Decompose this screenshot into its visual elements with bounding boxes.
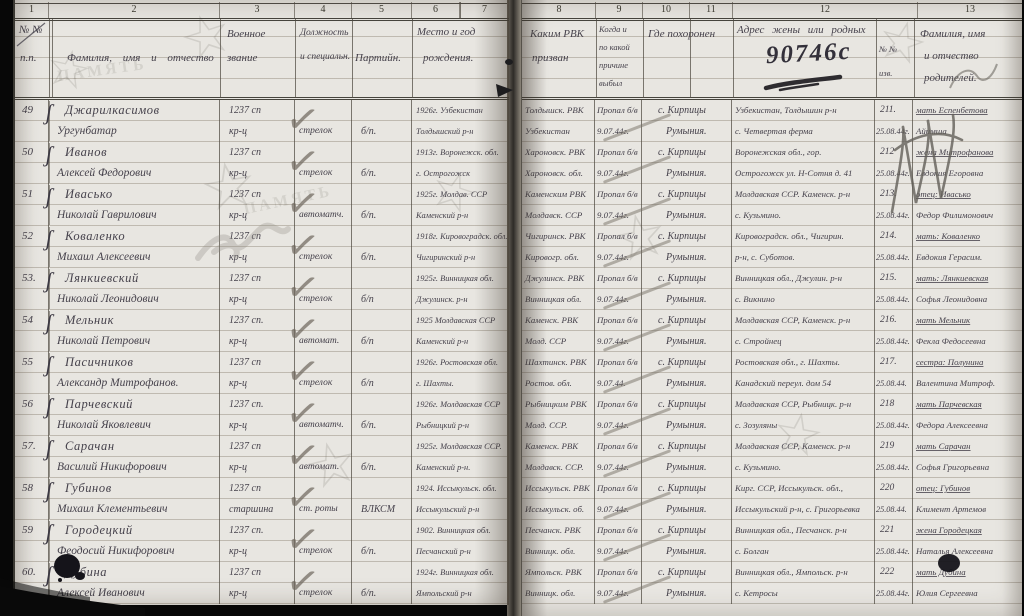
relative-name-2: Климент Артемов: [913, 499, 1021, 520]
column-number: 4: [295, 2, 352, 19]
unit: 1237 сп.: [220, 520, 294, 541]
notice-date: 25.08.44г.: [875, 541, 912, 562]
register-row-left: 60. ʃ Дубина Алексей Иванович 1237 сп кр…: [15, 562, 509, 604]
column-line: [295, 19, 296, 98]
party-affiliation: б/п.: [352, 247, 411, 268]
unit: 1237 сп: [220, 142, 294, 163]
party-cell: б/п: [352, 310, 412, 352]
casualty-cell: Пропал б/в 9.07.44г.: [595, 184, 642, 226]
margin-flourish: ʃ: [46, 394, 52, 420]
entry-number-cell: 53. ʃ: [15, 268, 49, 310]
casualty-date: 9.07.44г.: [595, 247, 641, 268]
relatives-address-1: Винницкая обл., Ямпольск. р-н: [732, 562, 874, 583]
casualty-status: Пропал б/в: [595, 562, 641, 583]
relatives-address-1: Кирг. ССР, Иссыкульск. обл.,: [732, 478, 874, 499]
full-name-cell: Пасичников Александр Митрофанов.: [49, 352, 220, 394]
drafting-rvk: Джулинск. РВК: [522, 268, 594, 289]
party-cell: ВЛКСМ: [352, 478, 412, 520]
party-cell: б/п: [352, 268, 412, 310]
birth-cell: 1913г. Воронежск. обл. г. Острогожск: [412, 142, 509, 184]
header-parents-1: Фамилия, имя: [920, 28, 985, 40]
rvk-region: Хароновск. обл.: [522, 163, 594, 184]
left-entries: 49 ʃ Джарилкасимов Ургунбатар 1237 сп кр…: [15, 100, 509, 604]
scanned-register-spread: 1 2 3 4 5 6 7 № № п.п. Фамилия, имя и от…: [0, 0, 1024, 616]
relative-name-2: Евдокия Герасим.: [913, 247, 1021, 268]
casualty-date: 9.07.44г.: [595, 499, 641, 520]
rank-cell: 1237 сп кр-ц ✓: [220, 268, 295, 310]
margin-flourish: ʃ: [46, 478, 52, 504]
register-row-right: Иссыкульск. РВК Иссыкульск. об. Пропал б…: [522, 478, 1022, 520]
register-row-right: Ямпольск. РВК Винницк. обл. Пропал б/в 9…: [522, 562, 1022, 604]
birth-cell: 1926г. Узбекистан Толдышский р-н: [412, 100, 509, 142]
casualty-status: Пропал б/в: [595, 268, 641, 289]
relatives-address-2: с. Болган: [732, 541, 874, 562]
relatives-address-2: с. Четвертая ферма: [732, 121, 874, 142]
birth-year-place: 1926г. Ростовская обл.: [412, 352, 509, 373]
double-rule: [522, 18, 1022, 19]
surname: Мельник: [49, 310, 219, 331]
header-entry-number-2: п.п.: [20, 52, 37, 64]
entry-number: 54: [15, 310, 48, 331]
register-row-right: Джулинск. РВК Винницкая обл. Пропал б/в …: [522, 268, 1022, 310]
relative-name-cell: мать Дубина Юлия Сергеевна: [913, 562, 1021, 604]
relative-name-2: Федора Алексеевна: [913, 415, 1021, 436]
column-number: 7: [460, 2, 509, 19]
notice-cell: 218 25.08.44г.: [875, 394, 913, 436]
party-affiliation: б/п.: [352, 163, 411, 184]
notice-number: 211.: [875, 100, 912, 121]
header-party: Партийн.: [355, 52, 401, 64]
column-number: 1: [15, 2, 49, 19]
double-rule: [15, 18, 509, 19]
casualty-cell: Пропал б/в 9.07.44г.: [595, 142, 642, 184]
register-row-left: 57. ʃ Сарачан Василий Никифорович 1237 с…: [15, 436, 509, 478]
column-number: 10: [643, 2, 690, 19]
party-affiliation: б/п.: [352, 121, 411, 142]
relatives-address-1: Молдавская ССР, Каменск. р-н: [732, 310, 874, 331]
relatives-address-2: р-н, с. Суботов.: [732, 247, 874, 268]
birth-year-place: 1926г. Молдавская ССР: [412, 394, 509, 415]
birth-district: г. Шахты.: [412, 373, 509, 394]
header-rvk-1: Каким РВК: [530, 28, 584, 40]
birth-year-place: 1902. Винницкая обл.: [412, 520, 509, 541]
register-row-left: 58 ʃ Губинов Михаил Клементьевич 1237 сп…: [15, 478, 509, 520]
relative-name-1: отец: Ивасько: [913, 184, 1021, 205]
rank-cell: 1237 сп кр-ц ✓: [220, 352, 295, 394]
burial-country: Румыния.: [642, 457, 731, 478]
given-name-patronymic: Алексей Федорович: [49, 163, 219, 184]
column-line: [352, 19, 353, 98]
burial-country: Румыния.: [642, 583, 731, 604]
relative-name-cell: жена Митрофанова Евдокия Егоровна: [913, 142, 1021, 184]
register-row-right: Шахтинск. РВК Ростов. обл. Пропал б/в 9.…: [522, 352, 1022, 394]
given-name-patronymic: Алексей Иванович: [49, 583, 219, 604]
given-name-patronymic: Николай Леонидович: [49, 289, 219, 310]
casualty-status: Пропал б/в: [595, 226, 641, 247]
burial-country: Румыния.: [642, 205, 731, 226]
casualty-cell: Пропал б/в 9.07.44г.: [595, 478, 642, 520]
relatives-address-2: с. Кетросы: [732, 583, 874, 604]
party-affiliation: б/п.: [352, 457, 411, 478]
margin-flourish: ʃ: [46, 562, 52, 588]
rank-cell: 1237 сп. кр-ц ✓: [220, 520, 295, 562]
relatives-address-2: Иссыкульский р-н, с. Григорьевка: [732, 499, 874, 520]
full-name-cell: Ивасько Николай Гаврилович: [49, 184, 220, 226]
relative-name-2: Валентина Митроф.: [913, 373, 1021, 394]
birth-district: Каменский р-н: [412, 205, 509, 226]
column-line: [690, 19, 691, 98]
full-name-cell: Сарачан Василий Никифорович: [49, 436, 220, 478]
birth-year-place: 1924. Иссыкульск. обл.: [412, 478, 509, 499]
header-military-rank-2: звание: [227, 52, 257, 64]
relative-name-cell: мать Сарачан Софья Григорьевна: [913, 436, 1021, 478]
register-row-right: Каменск. РВК Молд. ССР Пропал б/в 9.07.4…: [522, 310, 1022, 352]
notice-number: 216.: [875, 310, 912, 331]
relative-name-1: сестра: Полунина: [913, 352, 1021, 373]
birth-cell: 1925г. Винницкая обл. Джулинск. р-н: [412, 268, 509, 310]
column-line: [914, 19, 915, 98]
column-number: 11: [690, 2, 733, 19]
relatives-address-cell: Кирг. ССР, Иссыкульск. обл., Иссыкульски…: [732, 478, 875, 520]
relatives-address-1: Молдавская ССР. Каменск. р-н: [732, 184, 874, 205]
unit: 1237 сп: [220, 226, 294, 247]
margin-flourish: ʃ: [46, 352, 52, 378]
notice-cell: 212 25.08.44г.: [875, 142, 913, 184]
header-full-name: Фамилия, имя и отчество: [67, 52, 214, 64]
notice-date: 25.08.44.: [875, 373, 912, 394]
register-row-left: 49 ʃ Джарилкасимов Ургунбатар 1237 сп кр…: [15, 100, 509, 142]
column-number: 5: [352, 2, 412, 19]
rvk-region: Молдавск. ССР.: [522, 457, 594, 478]
party-affiliation: ВЛКСМ: [352, 499, 411, 520]
margin-flourish: ʃ: [46, 226, 52, 252]
rank-cell: 1237 сп кр-ц ✓: [220, 184, 295, 226]
drafted-by-cell: Шахтинск. РВК Ростов. обл.: [522, 352, 595, 394]
header-notice-number-1: № №: [879, 44, 897, 54]
casualty-cell: Пропал б/в 9.07.44г.: [595, 226, 642, 268]
relative-name-cell: мать: Коваленко Евдокия Герасим.: [913, 226, 1021, 268]
relatives-address-1: Винницкая обл., Песчанск. р-н: [732, 520, 874, 541]
party-affiliation: б/п: [352, 289, 411, 310]
relatives-address-cell: Винницкая обл., Песчанск. р-н с. Болган: [732, 520, 875, 562]
relative-name-1: мать Мельник: [913, 310, 1021, 331]
relatives-address-1: Ростовская обл., г. Шахты.: [732, 352, 874, 373]
full-name-cell: Коваленко Михаил Алексеевич: [49, 226, 220, 268]
notice-date: 25.08.44.: [875, 499, 912, 520]
notice-cell: 215. 25.08.44г.: [875, 268, 913, 310]
drafting-rvk: Шахтинск. РВК: [522, 352, 594, 373]
relatives-address-cell: Молдавская ССР. Каменск. р-н с. Кузьмино…: [732, 184, 875, 226]
header-duty-2: и специальн.: [300, 52, 350, 62]
casualty-cell: Пропал б/в 9.07.44.: [595, 352, 642, 394]
relative-name-1: жена Митрофанова: [913, 142, 1021, 163]
column-line: [643, 19, 644, 98]
relatives-address-cell: Винницкая обл., Джулин. р-н с. Викнино: [732, 268, 875, 310]
birth-year-place: 1926г. Узбекистан: [412, 100, 509, 121]
surname: Городецкий: [49, 520, 219, 541]
rvk-region: Винницкая обл.: [522, 289, 594, 310]
rvk-region: Кировогр. обл.: [522, 247, 594, 268]
full-name-cell: Джарилкасимов Ургунбатар: [49, 100, 220, 142]
column-line: [733, 19, 734, 98]
unit: 1237 сп: [220, 352, 294, 373]
entry-number: 57.: [15, 436, 48, 457]
relative-name-cell: мать Парчевская Федора Алексеевна: [913, 394, 1021, 436]
notice-date: 25.08.44г.: [875, 247, 912, 268]
relative-name-cell: жена Городецкая Наталья Алексеевна: [913, 520, 1021, 562]
relative-name-1: мать: Лянкиевская: [913, 268, 1021, 289]
column-line: [596, 19, 597, 98]
given-name-patronymic: Ургунбатар: [49, 121, 219, 142]
unit: 1237 сп.: [220, 394, 294, 415]
entry-number: 50: [15, 142, 48, 163]
rvk-region: Молд. ССР: [522, 331, 594, 352]
relatives-address-1: Воронежская обл., гор.: [732, 142, 874, 163]
entry-number: 60.: [15, 562, 48, 583]
header-birth-1: Место и год: [417, 26, 475, 38]
book-fold: [507, 0, 521, 616]
drafted-by-cell: Каменск. РВК Молд. ССР: [522, 310, 595, 352]
margin-flourish: ʃ: [46, 184, 52, 210]
entry-number: 56: [15, 394, 48, 415]
surname: Джарилкасимов: [49, 100, 219, 121]
relatives-address-2: Канадский переул. дом 54: [732, 373, 874, 394]
header-lost-2: по какой: [599, 42, 630, 52]
casualty-status: Пропал б/в: [595, 184, 641, 205]
rvk-region: Ростов. обл.: [522, 373, 594, 394]
margin-flourish: ʃ: [46, 520, 52, 546]
birth-cell: 1925 Молдавская ССР Каменский р-н: [412, 310, 509, 352]
notice-number: 221: [875, 520, 912, 541]
relative-name-2: Юлия Сергеевна: [913, 583, 1021, 604]
surname: Губинов: [49, 478, 219, 499]
column-line: [220, 19, 221, 98]
birth-year-place: 1925г. Молдав. ССР: [412, 184, 509, 205]
burial-country: Румыния.: [642, 541, 731, 562]
margin-flourish: ʃ: [46, 436, 52, 462]
unit: 1237 сп.: [220, 310, 294, 331]
rank-cell: 1237 сп. кр-ц ✓: [220, 310, 295, 352]
given-name-patronymic: Николай Петрович: [49, 331, 219, 352]
given-name-patronymic: Феодосий Никифорович: [49, 541, 219, 562]
register-row-right: Каменск. РВК Молдавск. ССР. Пропал б/в 9…: [522, 436, 1022, 478]
party-affiliation: б/п.: [352, 415, 411, 436]
drafting-rvk: Чигиринск. РВК: [522, 226, 594, 247]
entry-number: 51: [15, 184, 48, 205]
rank-cell: 1237 сп кр-ц ✓: [220, 436, 295, 478]
given-name-patronymic: Николай Гаврилович: [49, 205, 219, 226]
header-lost-4: выбыл: [599, 78, 622, 88]
entry-number-cell: 51 ʃ: [15, 184, 49, 226]
relative-name-1: жена Городецкая: [913, 520, 1021, 541]
relatives-address-cell: Молдавская ССР, Каменск. р-н с. Стройнец: [732, 310, 875, 352]
column-number: 3: [220, 2, 295, 19]
relative-name-cell: отец: Ивасько Федор Филимонович: [913, 184, 1021, 226]
surname: Дубина: [49, 562, 219, 583]
casualty-date: 9.07.44г.: [595, 541, 641, 562]
surname: Сарачан: [49, 436, 219, 457]
rvk-region: Винницк. обл.: [522, 541, 594, 562]
party-cell: б/п.: [352, 562, 412, 604]
birth-district: Джулинск. р-н: [412, 289, 509, 310]
relative-name-1: мать: Коваленко: [913, 226, 1021, 247]
birth-cell: 1926г. Молдавская ССР Рыбницкий р-н: [412, 394, 509, 436]
notice-date: 25.08.44г.: [875, 163, 912, 184]
burial-country: Румыния.: [642, 163, 731, 184]
header-notice-number-2: изв.: [879, 68, 892, 78]
column-number: 9: [596, 2, 643, 19]
casualty-date: 9.07.44г.: [595, 121, 641, 142]
register-row-right: Песчанск. РВК Винницк. обл. Пропал б/в 9…: [522, 520, 1022, 562]
notice-number: 220: [875, 478, 912, 499]
drafting-rvk: Каменск. РВК: [522, 436, 594, 457]
casualty-status: Пропал б/в: [595, 352, 641, 373]
party-cell: б/п.: [352, 184, 412, 226]
notice-number: 212: [875, 142, 912, 163]
relatives-address-2: с. Кузьмино.: [732, 457, 874, 478]
notice-date: 25.08.44г.: [875, 205, 912, 226]
drafted-by-cell: Каменским РВК Молдавск. ССР: [522, 184, 595, 226]
entry-number: 55: [15, 352, 48, 373]
relative-name-2: Фекла Федосеевна: [913, 331, 1021, 352]
header-duty-1: Должность: [300, 28, 348, 38]
casualty-cell: Пропал б/в 9.07.44г.: [595, 310, 642, 352]
register-row-left: 55 ʃ Пасичников Александр Митрофанов. 12…: [15, 352, 509, 394]
rank-cell: 1237 сп кр-ц ✓: [220, 142, 295, 184]
drafting-rvk: Песчанск. РВК: [522, 520, 594, 541]
birth-district: Каменский р-н: [412, 331, 509, 352]
party-affiliation: б/п: [352, 373, 411, 394]
relatives-address-cell: Молдавская ССР, Каменск. р-н с. Кузьмино…: [732, 436, 875, 478]
casualty-cell: Пропал б/в 9.07.44г.: [595, 394, 642, 436]
drafted-by-cell: Песчанск. РВК Винницк. обл.: [522, 520, 595, 562]
entry-number-cell: 52 ʃ: [15, 226, 49, 268]
entry-number-cell: 58 ʃ: [15, 478, 49, 520]
notice-date: 25.08.44г.: [875, 583, 912, 604]
column-number: 8: [523, 2, 596, 19]
right-entries: Толдышск. РВК Узбекистан Пропал б/в 9.07…: [522, 100, 1022, 604]
rank-cell: 1237 сп старшина ✓: [220, 478, 295, 520]
birth-cell: 1926г. Ростовская обл. г. Шахты.: [412, 352, 509, 394]
entry-number-cell: 56 ʃ: [15, 394, 49, 436]
column-number: 2: [49, 2, 220, 19]
rank-cell: 1237 сп кр-ц ✓: [220, 100, 295, 142]
relatives-address-2: с. Кузьмино.: [732, 205, 874, 226]
drafting-rvk: Толдышск. РВК: [522, 100, 594, 121]
birth-district: г. Острогожск: [412, 163, 509, 184]
notice-cell: 217. 25.08.44.: [875, 352, 913, 394]
double-rule: [522, 97, 1022, 98]
casualty-status: Пропал б/в: [595, 436, 641, 457]
entry-number-cell: 49 ʃ: [15, 100, 49, 142]
surname: Парчевский: [49, 394, 219, 415]
casualty-date: 9.07.44г.: [595, 457, 641, 478]
column-line: [460, 2, 461, 19]
register-row-left: 59 ʃ Городецкий Феодосий Никифорович 123…: [15, 520, 509, 562]
drafting-rvk: Каменск. РВК: [522, 310, 594, 331]
relative-name-cell: сестра: Полунина Валентина Митроф.: [913, 352, 1021, 394]
register-row-left: 50 ʃ Иванов Алексей Федорович 1237 сп кр…: [15, 142, 509, 184]
relatives-address-1: Узбекистан, Толдышин р-н: [732, 100, 874, 121]
birth-cell: 1925г. Молдавская ССР. Каменский р-н.: [412, 436, 509, 478]
relative-name-1: мать Сарачан: [913, 436, 1021, 457]
relatives-address-1: Молдавская ССР, Рыбницк. р-н: [732, 394, 874, 415]
birth-cell: 1925г. Молдав. ССР Каменский р-н: [412, 184, 509, 226]
drafting-rvk: Каменским РВК: [522, 184, 594, 205]
full-name-cell: Мельник Николай Петрович: [49, 310, 220, 352]
birth-cell: 1924г. Винницкая обл. Ямпольский р-н: [412, 562, 509, 604]
notice-date: 25.08.44г.: [875, 289, 912, 310]
relative-name-2: Айимша: [913, 121, 1021, 142]
party-cell: б/п.: [352, 142, 412, 184]
burial-country: Румыния.: [642, 415, 731, 436]
notice-date: 25.08.44г.: [875, 457, 912, 478]
birth-district: Каменский р-н.: [412, 457, 509, 478]
casualty-date: 9.07.44г.: [595, 331, 641, 352]
relatives-address-cell: Винницкая обл., Ямпольск. р-н с. Кетросы: [732, 562, 875, 604]
casualty-date: 9.07.44г.: [595, 163, 641, 184]
register-row-left: 54 ʃ Мельник Николай Петрович 1237 сп. к…: [15, 310, 509, 352]
full-name-cell: Лянкиевский Николай Леонидович: [49, 268, 220, 310]
relative-name-cell: отец: Губинов Климент Артемов: [913, 478, 1021, 520]
relatives-address-cell: Узбекистан, Толдышин р-н с. Четвертая фе…: [732, 100, 875, 142]
drafting-rvk: Иссыкульск. РВК: [522, 478, 594, 499]
entry-number: 59: [15, 520, 48, 541]
notice-date: 25.08.44г.: [875, 415, 912, 436]
full-name-cell: Городецкий Феодосий Никифорович: [49, 520, 220, 562]
birth-cell: 1918г. Кировоградск. обл. Чигиринский р-…: [412, 226, 509, 268]
notice-cell: 211. 25.08.44г.: [875, 100, 913, 142]
birth-cell: 1902. Винницкая обл. Песчанский р-н: [412, 520, 509, 562]
birth-year-place: 1924г. Винницкая обл.: [412, 562, 509, 583]
given-name-patronymic: Николай Яковлевич: [49, 415, 219, 436]
notice-cell: 222 25.08.44г.: [875, 562, 913, 604]
party-cell: б/п.: [352, 520, 412, 562]
register-row-right: Рыбницким РВК Молд. ССР. Пропал б/в 9.07…: [522, 394, 1022, 436]
unit: 1237 сп: [220, 562, 294, 583]
birth-year-place: 1918г. Кировоградск. обл.: [412, 226, 509, 247]
entry-number-cell: 59 ʃ: [15, 520, 49, 562]
given-name-patronymic: Александр Митрофанов.: [49, 373, 219, 394]
surname: Пасичников: [49, 352, 219, 373]
birth-year-place: 1925г. Винницкая обл.: [412, 268, 509, 289]
rvk-region: Узбекистан: [522, 121, 594, 142]
header-lost-3: причине: [599, 60, 628, 70]
casualty-date: 9.07.44г.: [595, 583, 641, 604]
casualty-date: 9.07.44г.: [595, 415, 641, 436]
relative-name-cell: мать: Лянкиевская Софья Леонидовна: [913, 268, 1021, 310]
register-row-right: Чигиринск. РВК Кировогр. обл. Пропал б/в…: [522, 226, 1022, 268]
party-affiliation: б/п.: [352, 541, 411, 562]
header-parents-2: и отчество: [924, 50, 979, 62]
full-name-cell: Парчевский Николай Яковлевич: [49, 394, 220, 436]
header-birth-2: рождения.: [423, 52, 473, 64]
burial-country: Румыния.: [642, 121, 731, 142]
drafted-by-cell: Рыбницким РВК Молд. ССР.: [522, 394, 595, 436]
right-page: 8 9 10 11 12 13 Каким РВК призван Когда …: [521, 0, 1022, 616]
surname: Ивасько: [49, 184, 219, 205]
casualty-status: Пропал б/в: [595, 478, 641, 499]
birth-district: Чигиринский р-н: [412, 247, 509, 268]
full-name-cell: Губинов Михаил Клементьевич: [49, 478, 220, 520]
notice-number: 222: [875, 562, 912, 583]
relatives-address-2: с. Зозуляны: [732, 415, 874, 436]
notice-cell: 216. 25.08.44г.: [875, 310, 913, 352]
relatives-address-1: Кировоградск. обл., Чигирин.: [732, 226, 874, 247]
casualty-cell: Пропал б/в 9.07.44г.: [595, 268, 642, 310]
relative-name-1: мать Парчевская: [913, 394, 1021, 415]
notice-number: 219: [875, 436, 912, 457]
